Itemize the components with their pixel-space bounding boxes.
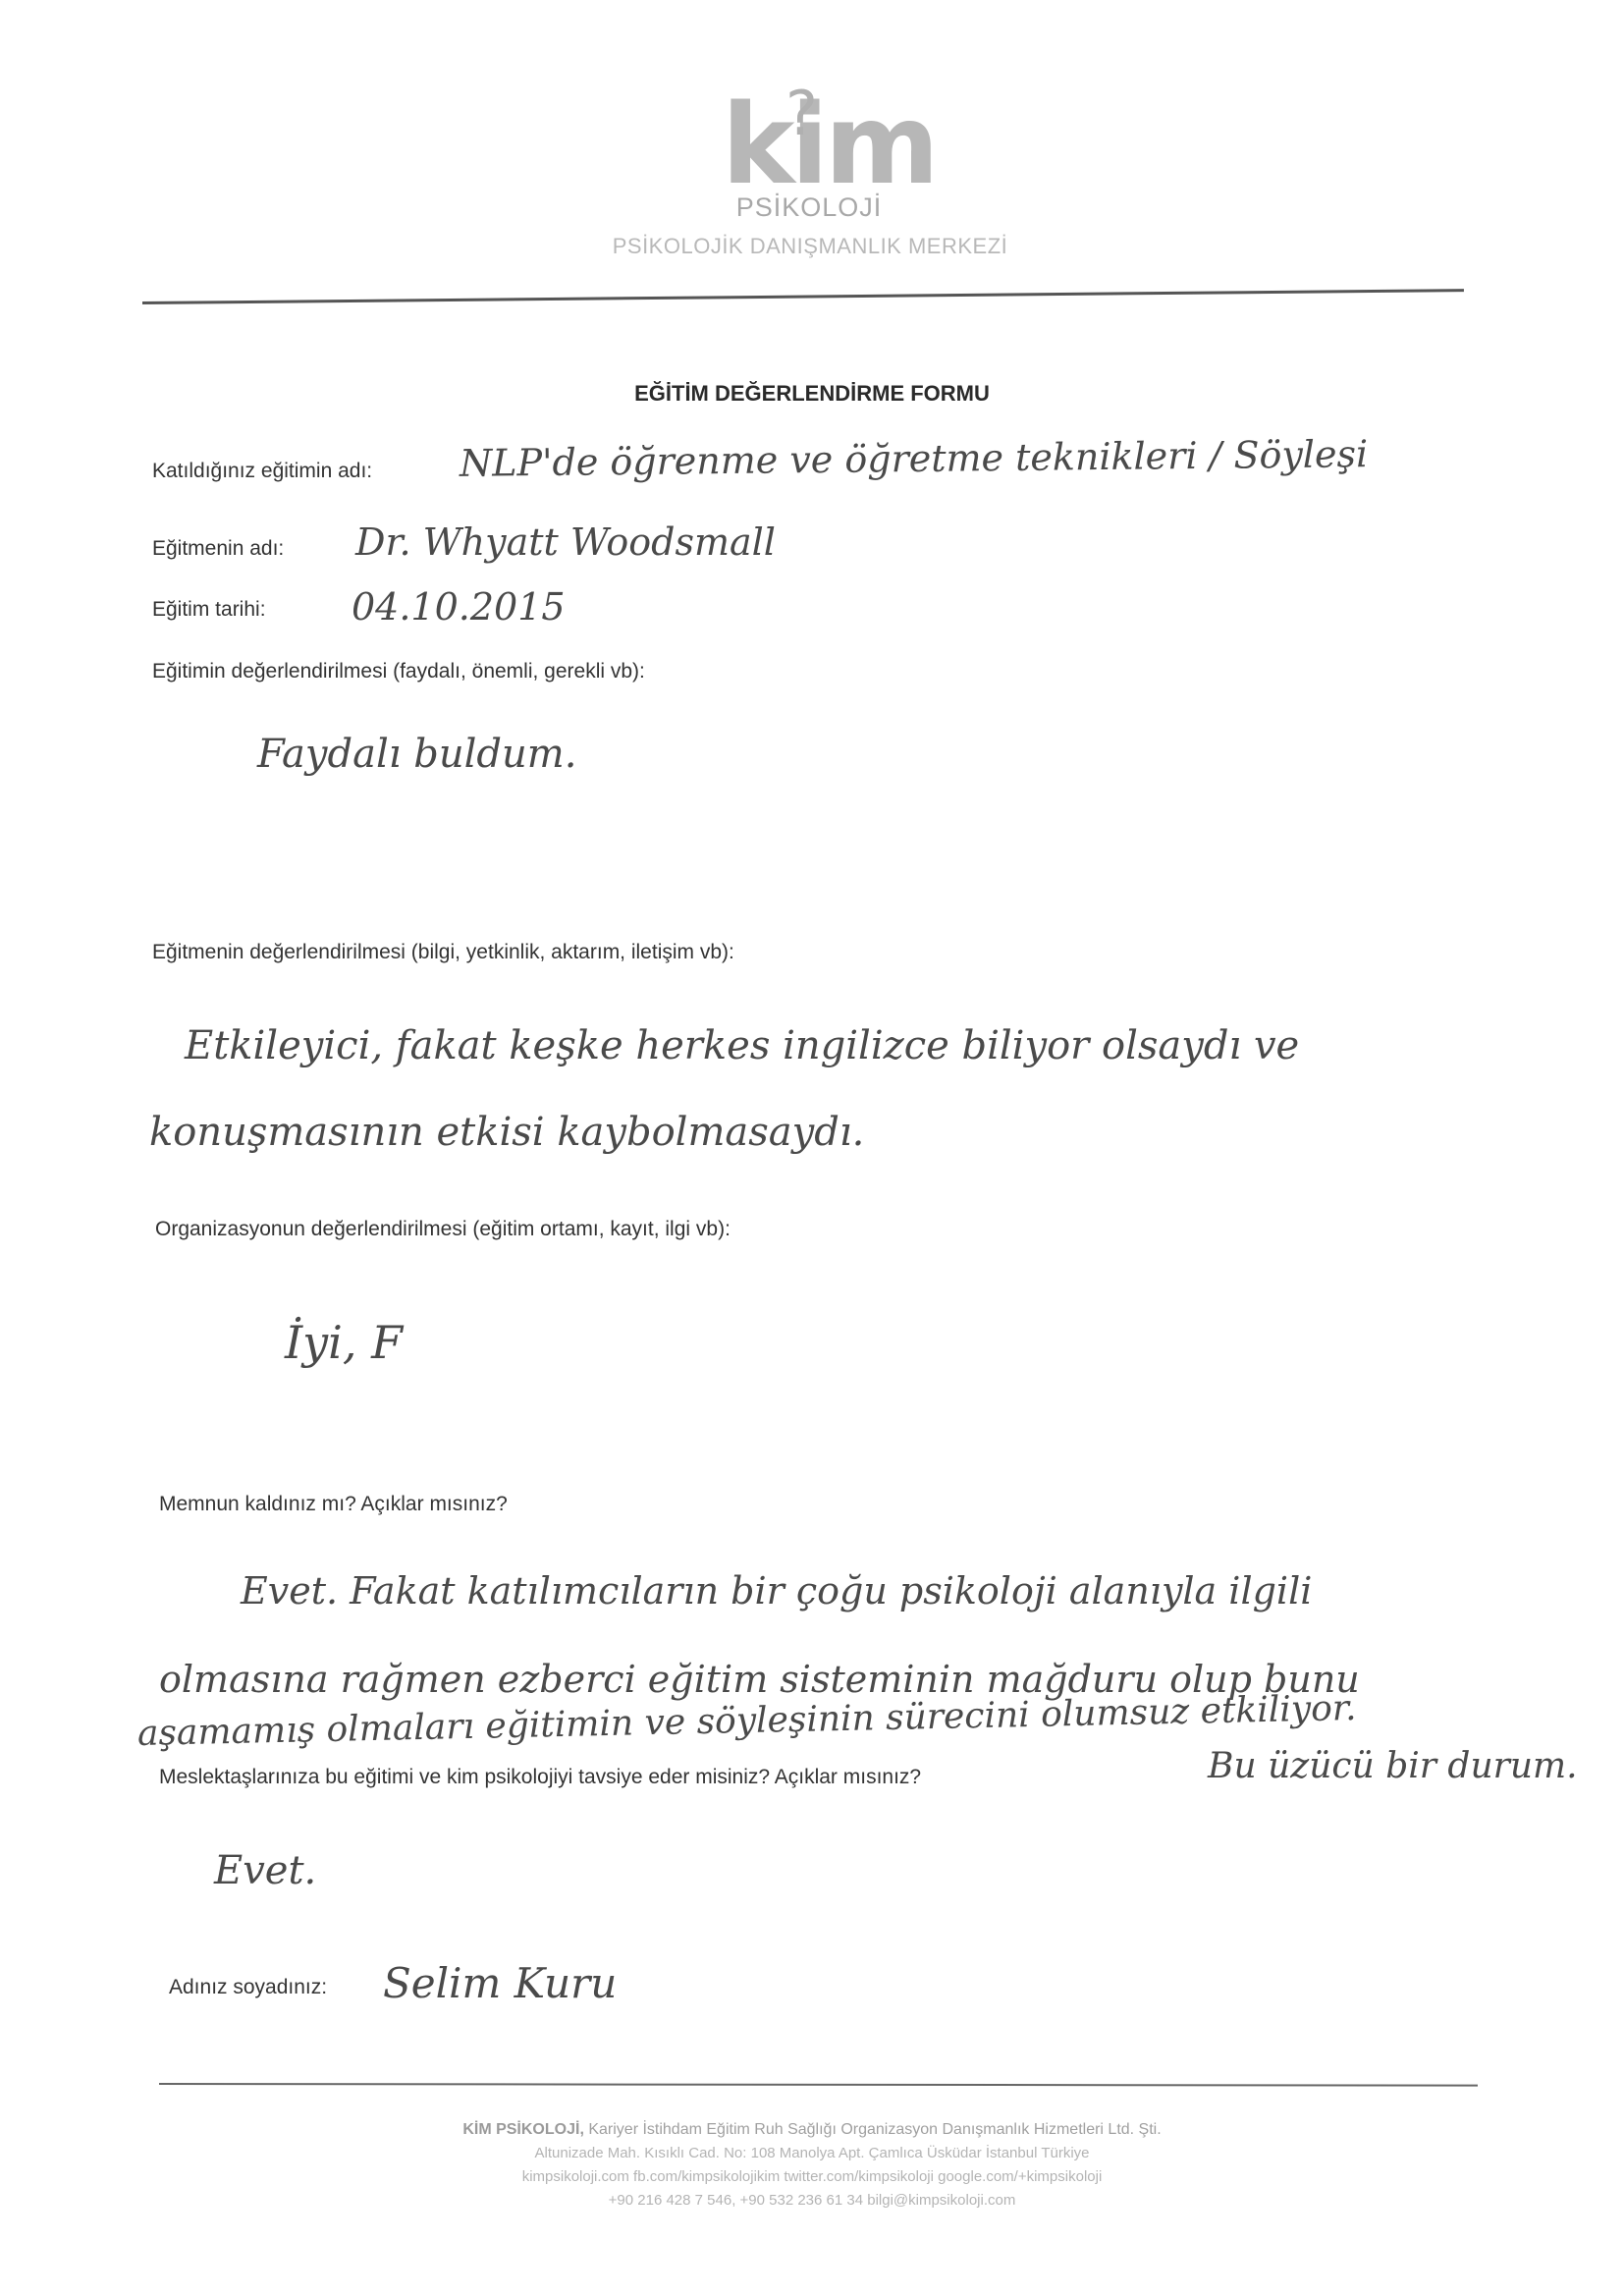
footer-contact: +90 216 428 7 546, +90 532 236 61 34 bil… (0, 2192, 1624, 2209)
recommendation-value[interactable]: Evet. (214, 1848, 316, 1893)
footer-links: kimpsikoloji.com fb.com/kimpsikolojikim … (0, 2168, 1624, 2185)
training-evaluation-label: Eğitimin değerlendirilmesi (faydalı, öne… (152, 660, 645, 683)
footer-company: KİM PSİKOLOJİ, Kariyer İstihdam Eğitim R… (0, 2121, 1624, 2139)
footer-divider (159, 2083, 1478, 2087)
satisfaction-value-line4[interactable]: Bu üzücü bir durum. (1208, 1746, 1578, 1786)
full-name-value[interactable]: Selim Kuru (383, 1959, 617, 2007)
logo-question-mark-icon: ? (785, 84, 818, 143)
logo-subtitle: PSİKOLOJİ (725, 192, 893, 223)
logo-wordmark: kim (722, 96, 936, 194)
training-evaluation-value[interactable]: Faydalı buldum. (257, 732, 576, 777)
recommendation-label: Meslektaşlarınıza bu eğitimi ve kim psik… (159, 1766, 921, 1789)
footer-company-name: KİM PSİKOLOJİ, (462, 2121, 584, 2138)
trainer-evaluation-label: Eğitmenin değerlendirilmesi (bilgi, yetk… (152, 941, 734, 964)
trainer-name-value[interactable]: Dr. Whyatt Woodsmall (355, 520, 776, 564)
footer-address: Altunizade Mah. Kısıklı Cad. No: 108 Man… (0, 2145, 1624, 2161)
satisfaction-label: Memnun kaldınız mı? Açıklar mısınız? (159, 1493, 508, 1516)
full-name-label: Adınız soyadınız: (169, 1976, 327, 1999)
training-name-value[interactable]: NLP'de öğrenme ve öğretme teknikleri / S… (460, 432, 1369, 485)
trainer-name-label: Eğitmenin adı: (152, 537, 284, 561)
training-date-label: Eğitim tarihi: (152, 598, 266, 622)
trainer-evaluation-value-line2[interactable]: konuşmasının etkisi kaybolmasaydı. (149, 1110, 864, 1155)
satisfaction-value-line1[interactable]: Evet. Fakat katılımcıların bir çoğu psik… (241, 1569, 1312, 1612)
form-title: EĞİTİM DEĞERLENDİRME FORMU (0, 381, 1624, 407)
footer-company-desc: Kariyer İstihdam Eğitim Ruh Sağlığı Orga… (584, 2121, 1162, 2138)
organization-evaluation-label: Organizasyonun değerlendirilmesi (eğitim… (155, 1218, 731, 1241)
header-divider (142, 289, 1464, 304)
organization-evaluation-value[interactable]: İyi, F (285, 1316, 403, 1369)
trainer-evaluation-value-line1[interactable]: Etkileyici, fakat keşke herkes ingilizce… (185, 1023, 1299, 1068)
training-date-value[interactable]: 04.10.2015 (352, 585, 566, 628)
training-name-label: Katıldığınız eğitimin adı: (152, 460, 372, 483)
logo-tagline: PSİKOLOJİK DANIŞMANLIK MERKEZİ (579, 234, 1041, 259)
